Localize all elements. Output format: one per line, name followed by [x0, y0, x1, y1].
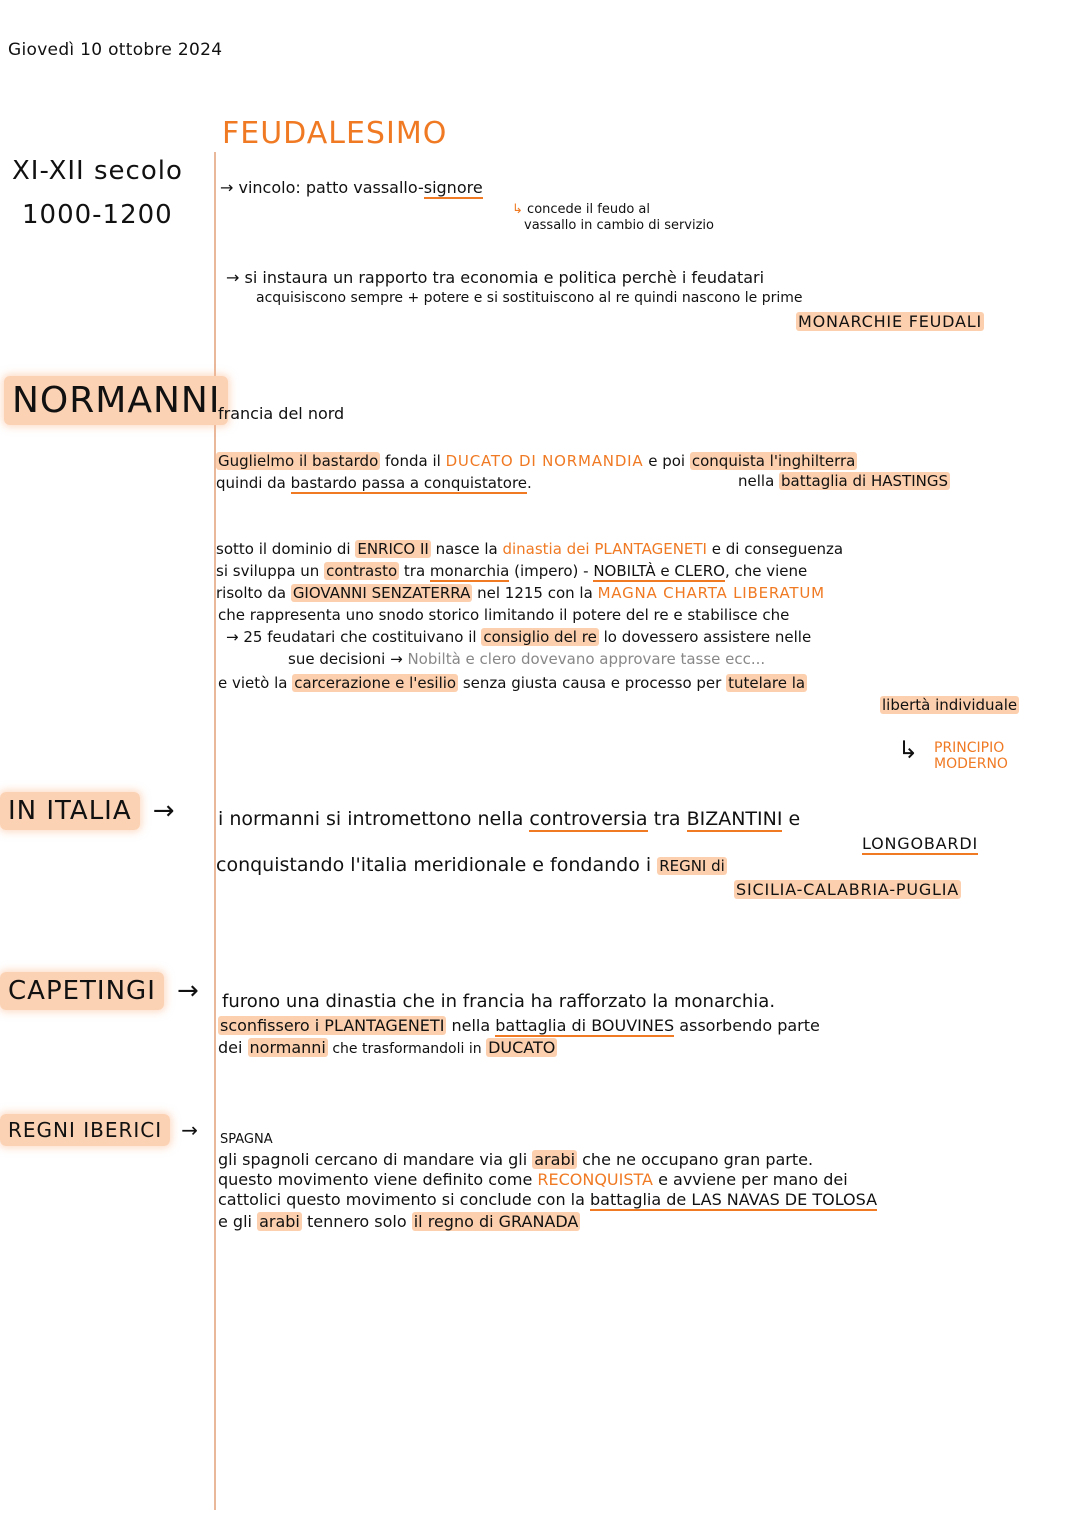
plantageneti-line-8: libertà individuale [880, 694, 1019, 717]
text-fragment: e vietò la [218, 674, 292, 692]
consiglio-del-re: consiglio del re [481, 628, 598, 646]
dinastia-plantageneti: dinastia dei PLANTAGENETI [502, 540, 707, 558]
page-title: FEUDALESIMO [222, 116, 447, 151]
arrow-icon: → [226, 268, 239, 287]
regno-granada: il regno di GRANADA [412, 1212, 581, 1231]
arrow-icon: → [153, 796, 176, 826]
bastardo-conquistatore: bastardo passa a conquistatore [291, 474, 527, 494]
section-regni-iberici: REGNI IBERICI → [0, 1118, 199, 1142]
arrow-icon: → [390, 650, 403, 668]
plantageneti-line-3: risolto da GIOVANNI SENZATERRA nel 1215 … [216, 582, 825, 605]
vincolo-text: vincolo: patto vassallo- [239, 178, 424, 197]
arabi: arabi [532, 1150, 577, 1169]
hastings-line: nella battaglia di HASTINGS [738, 470, 950, 493]
iberici-line-1: gli spagnoli cercano di mandare via gli … [218, 1150, 813, 1170]
magna-charta: MAGNA CHARTA LIBERATUM [598, 584, 825, 602]
principio-moderno: ↳ [898, 736, 918, 764]
liberta-individuale: libertà individuale [880, 696, 1019, 714]
text-fragment: e gli [218, 1212, 257, 1231]
nobilta-clero: NOBILTÀ e CLERO [593, 562, 725, 582]
text-fragment: dei [218, 1038, 248, 1057]
carcerazione-esilio: carcerazione e l'esilio [292, 674, 458, 692]
iberici-line-4: e gli arabi tennero solo il regno di GRA… [218, 1212, 580, 1232]
giovanni-senzaterra: GIOVANNI SENZATERRA [291, 584, 473, 602]
guglielmo-line-2: quindi da bastardo passa a conquistatore… [216, 472, 532, 495]
text-fragment: nel 1215 con la [472, 584, 597, 602]
vincolo-note: ↳ concede il feudo al vassallo in cambio… [512, 202, 714, 234]
plantageneti-line-2: si sviluppa un contrasto tra monarchia (… [216, 560, 807, 583]
in-italia-label: IN ITALIA [0, 792, 140, 830]
text-fragment: e [782, 808, 800, 830]
regni-di: REGNI di [657, 857, 727, 875]
vincolo-line: → vincolo: patto vassallo-signore [220, 176, 483, 199]
arabi: arabi [257, 1212, 302, 1231]
text-fragment: sue decisioni [288, 650, 390, 668]
normanni: normanni [248, 1038, 328, 1057]
italia-line-1: i normanni si intromettono nella controv… [218, 808, 800, 831]
plantageneti-line-7: e vietò la carcerazione e l'esilio senza… [218, 672, 807, 695]
guglielmo-text: Guglielmo il bastardo [216, 452, 380, 470]
moderno-text: MODERNO [934, 756, 1008, 772]
years-label: 1000-1200 [22, 200, 173, 230]
ducato-normandia: DUCATO DI NORMANDIA [446, 452, 644, 470]
francia-del-nord: francia del nord [218, 402, 344, 425]
tutelare: tutelare la [726, 674, 807, 692]
battaglia-bouvines: battaglia di BOUVINES [495, 1016, 674, 1037]
controversia: controversia [529, 808, 647, 832]
note-date: Giovedì 10 ottobre 2024 [8, 40, 222, 60]
text-fragment: cattolici questo movimento si conclude c… [218, 1190, 590, 1209]
margin-line [214, 152, 216, 1510]
reconquista: RECONQUISTA [537, 1170, 653, 1189]
bizantini: BIZANTINI [687, 808, 783, 832]
vincolo-note-1: concede il feudo al [527, 202, 650, 217]
arrow-icon: → [181, 1118, 199, 1142]
text-fragment: (impero) - [509, 562, 593, 580]
period-label: XI-XII secolo [12, 156, 183, 186]
sicilia-calabria-puglia: SICILIA-CALABRIA-PUGLIA [734, 880, 961, 899]
text-fragment: fonda il [380, 452, 445, 470]
text-fragment: e avviene per mano dei [653, 1170, 848, 1189]
conquista-inghilterra: conquista l'inghilterra [690, 452, 857, 470]
rapporto-line-2: acquisiscono sempre + potere e si sostit… [256, 290, 803, 306]
text-fragment: si sviluppa un [216, 562, 324, 580]
italia-line-2: LONGOBARDI [862, 832, 978, 855]
plantageneti-line-4: che rappresenta uno snodo storico limita… [218, 604, 789, 627]
italia-line-3: conquistando l'italia meridionale e fond… [216, 854, 727, 878]
battaglia-hastings: battaglia di HASTINGS [779, 472, 950, 490]
text-fragment: questo movimento viene definito come [218, 1170, 537, 1189]
capetingi-label: CAPETINGI [0, 972, 164, 1010]
section-in-italia: IN ITALIA → [0, 796, 176, 826]
longobardi: LONGOBARDI [862, 834, 978, 855]
text-fragment: tra [399, 562, 430, 580]
contrasto: contrasto [324, 562, 399, 580]
battaglia-las-navas: battaglia de LAS NAVAS DE TOLOSA [590, 1190, 877, 1211]
text-fragment: quindi da [216, 474, 291, 492]
iberici-line-2: questo movimento viene definito come REC… [218, 1170, 848, 1190]
arrow-icon: → [226, 628, 239, 646]
principio-text: PRINCIPIO [934, 740, 1004, 756]
text-fragment: i normanni si intromettono nella [218, 808, 529, 830]
section-normanni-label: NORMANNI [4, 376, 228, 425]
text-fragment: tennero solo [302, 1212, 412, 1231]
nobilta-tasse-note: Nobiltà e clero dovevano approvare tasse… [407, 650, 765, 668]
text-fragment: e poi [643, 452, 689, 470]
iberici-line-3: cattolici questo movimento si conclude c… [218, 1190, 877, 1210]
text-fragment: che ne occupano gran parte. [577, 1150, 813, 1169]
hook-arrow-icon: ↳ [512, 202, 523, 217]
monarchie-text: MONARCHIE FEUDALI [796, 312, 984, 331]
text-fragment: gli spagnoli cercano di mandare via gli [218, 1150, 532, 1169]
enrico-ii: ENRICO II [355, 540, 430, 558]
monarchie-feudali: MONARCHIE FEUDALI [796, 310, 984, 333]
text-fragment: nella [738, 472, 779, 490]
rapporto-text-1: si instaura un rapporto tra economia e p… [245, 268, 765, 287]
normanni-text: NORMANNI [12, 380, 220, 421]
arrow-icon: → [220, 178, 233, 197]
italia-line-4: SICILIA-CALABRIA-PUGLIA [734, 878, 961, 901]
text-fragment: conquistando l'italia meridionale e fond… [216, 854, 657, 876]
text-fragment: e di conseguenza [707, 540, 843, 558]
capetingi-line-1: furono una dinastia che in francia ha ra… [222, 990, 775, 1013]
text-fragment: . [527, 474, 532, 492]
text-fragment: 25 feudatari che costituivano il [243, 628, 481, 646]
text-fragment: assorbendo parte [674, 1016, 820, 1035]
hook-arrow-icon: ↳ [898, 736, 918, 764]
capetingi-line-3: dei normanni che trasformandoli in DUCAT… [218, 1036, 557, 1061]
principio-moderno-text: PRINCIPIO MODERNO [934, 740, 1008, 772]
text-fragment: senza giusta causa e processo per [458, 674, 726, 692]
text-fragment: risolto da [216, 584, 291, 602]
spagna-heading: SPAGNA [220, 1132, 273, 1148]
arrow-icon: → [177, 976, 200, 1006]
vincolo-note-2: vassallo in cambio di servizio [524, 218, 714, 233]
plantageneti-line-5: → 25 feudatari che costituivano il consi… [226, 626, 811, 649]
text-fragment: nella [446, 1016, 495, 1035]
text-fragment: sotto il dominio di [216, 540, 355, 558]
sconfissero-plantageneti: sconfissero i PLANTAGENETI [218, 1016, 446, 1035]
capetingi-line-2: sconfissero i PLANTAGENETI nella battagl… [218, 1014, 820, 1037]
ducato: DUCATO [486, 1038, 557, 1057]
monarchia: monarchia [430, 562, 509, 582]
regni-iberici-label: REGNI IBERICI [0, 1114, 170, 1146]
text-fragment: lo dovessero assistere nelle [599, 628, 811, 646]
plantageneti-line-1: sotto il dominio di ENRICO II nasce la d… [216, 538, 843, 561]
text-fragment: tra [648, 808, 687, 830]
rapporto-line-1: → si instaura un rapporto tra economia e… [226, 266, 764, 289]
text-fragment: che trasformandoli in [328, 1041, 486, 1057]
section-capetingi: CAPETINGI → [0, 976, 200, 1006]
plantageneti-line-6: sue decisioni → Nobiltà e clero dovevano… [288, 648, 765, 671]
text-fragment: nasce la [431, 540, 503, 558]
text-fragment: , che viene [725, 562, 807, 580]
signore-text: signore [424, 178, 483, 199]
